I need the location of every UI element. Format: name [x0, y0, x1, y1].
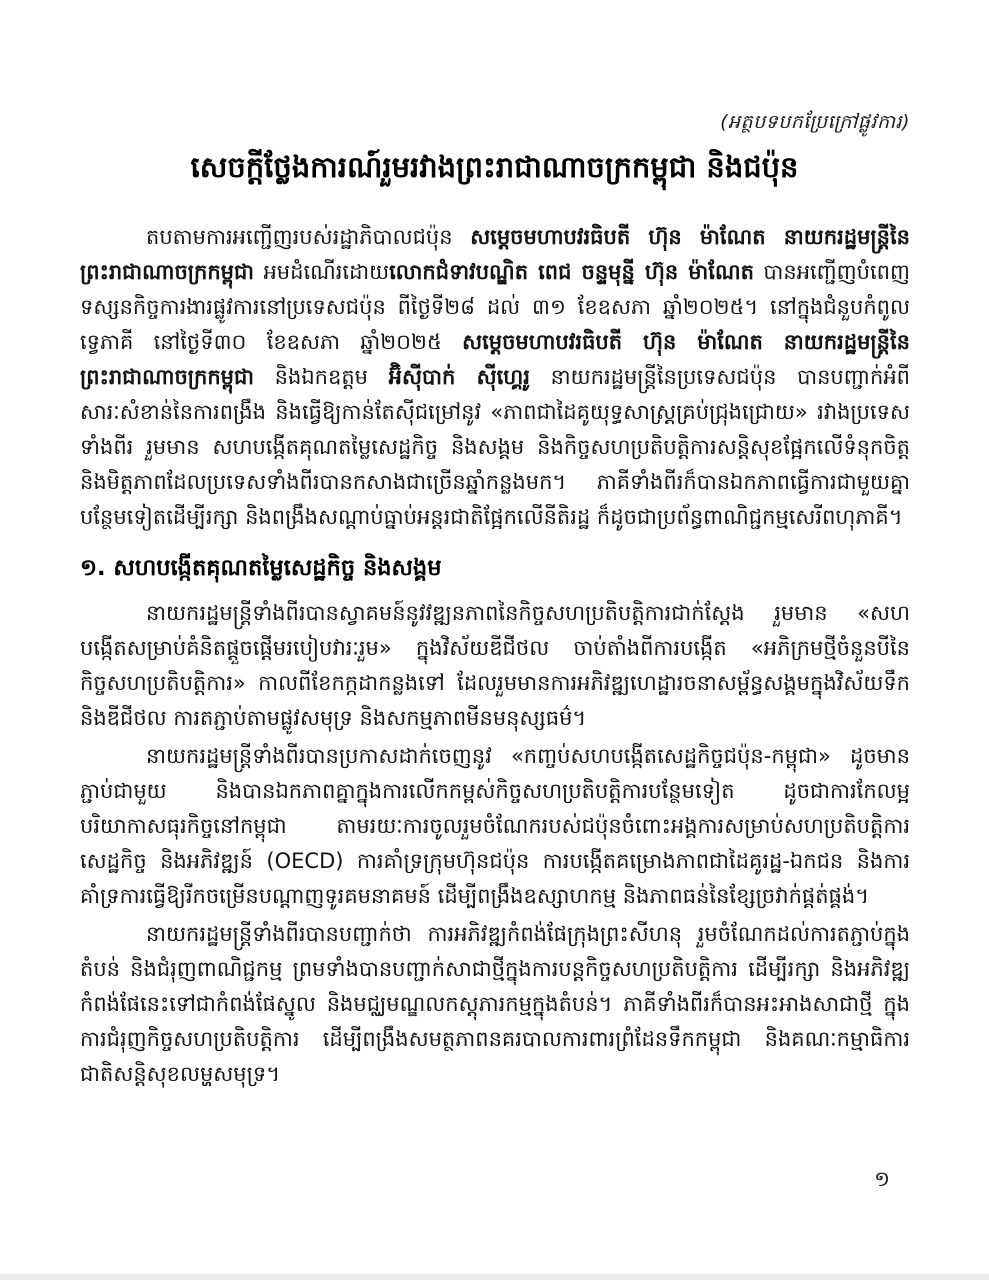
text-segment: និងឯកឧត្តម [254, 365, 389, 389]
page-number: ១ [874, 1166, 890, 1197]
text-segment: នាយករដ្ឋមន្ត្រីទាំងពីរបានស្វាគមន៍នូវវឌ្ឍ… [80, 601, 910, 730]
document-title: សេចក្តីថ្លែងការណ៍រួមរវាងព្រះរាជាណាចក្រកម… [0, 150, 989, 192]
text-segment: នាយករដ្ឋមន្ត្រីនៃប្រទេសជប៉ុន បានបញ្ជាក់អ… [80, 365, 910, 529]
footer-strip [0, 1274, 989, 1280]
translation-note: (អត្ថបទបកប្រែក្រៅផ្លូវការ) [720, 110, 910, 138]
document-page: (អត្ថបទបកប្រែក្រៅផ្លូវការ) សេចក្តីថ្លែងក… [0, 0, 989, 1280]
paragraph-1: តបតាមការអញ្ជើញរបស់រដ្ឋាភិបាលជប៉ុន សម្តេច… [80, 220, 910, 535]
document-body: តបតាមការអញ្ជើញរបស់រដ្ឋាភិបាលជប៉ុន សម្តេច… [80, 220, 910, 1095]
paragraph-3: នាយករដ្ឋមន្ត្រីទាំងពីរបានប្រកាសដាក់ចេញនូ… [80, 739, 910, 914]
paragraph-2: នាយករដ្ឋមន្ត្រីទាំងពីរបានស្វាគមន៍នូវវឌ្ឍ… [80, 596, 910, 736]
paragraph-4: នាយករដ្ឋមន្ត្រីទាំងពីរបានបញ្ជាក់ថា ការអភ… [80, 917, 910, 1092]
bold-text-segment: លោកជំទាវបណ្ឌិត ពេជ ចន្ទមុន្នី ហ៊ុន ម៉ាណែ… [389, 260, 754, 284]
section-1-heading: ១. សហបង្កើតគុណតម្លៃសេដ្ឋកិច្ច និងសង្គម [80, 551, 910, 586]
text-segment: នាយករដ្ឋមន្ត្រីទាំងពីរបានប្រកាសដាក់ចេញនូ… [80, 744, 910, 908]
text-segment: នាយករដ្ឋមន្ត្រីទាំងពីរបានបញ្ជាក់ថា ការអភ… [80, 922, 910, 1086]
text-segment: អមដំណើរដោយ [254, 260, 389, 284]
text-segment: តបតាមការអញ្ជើញរបស់រដ្ឋាភិបាលជប៉ុន [146, 225, 470, 249]
bold-text-segment: អ៊ិស៊ីបាក់ ស៊ីហ្គេរូ [389, 365, 530, 389]
